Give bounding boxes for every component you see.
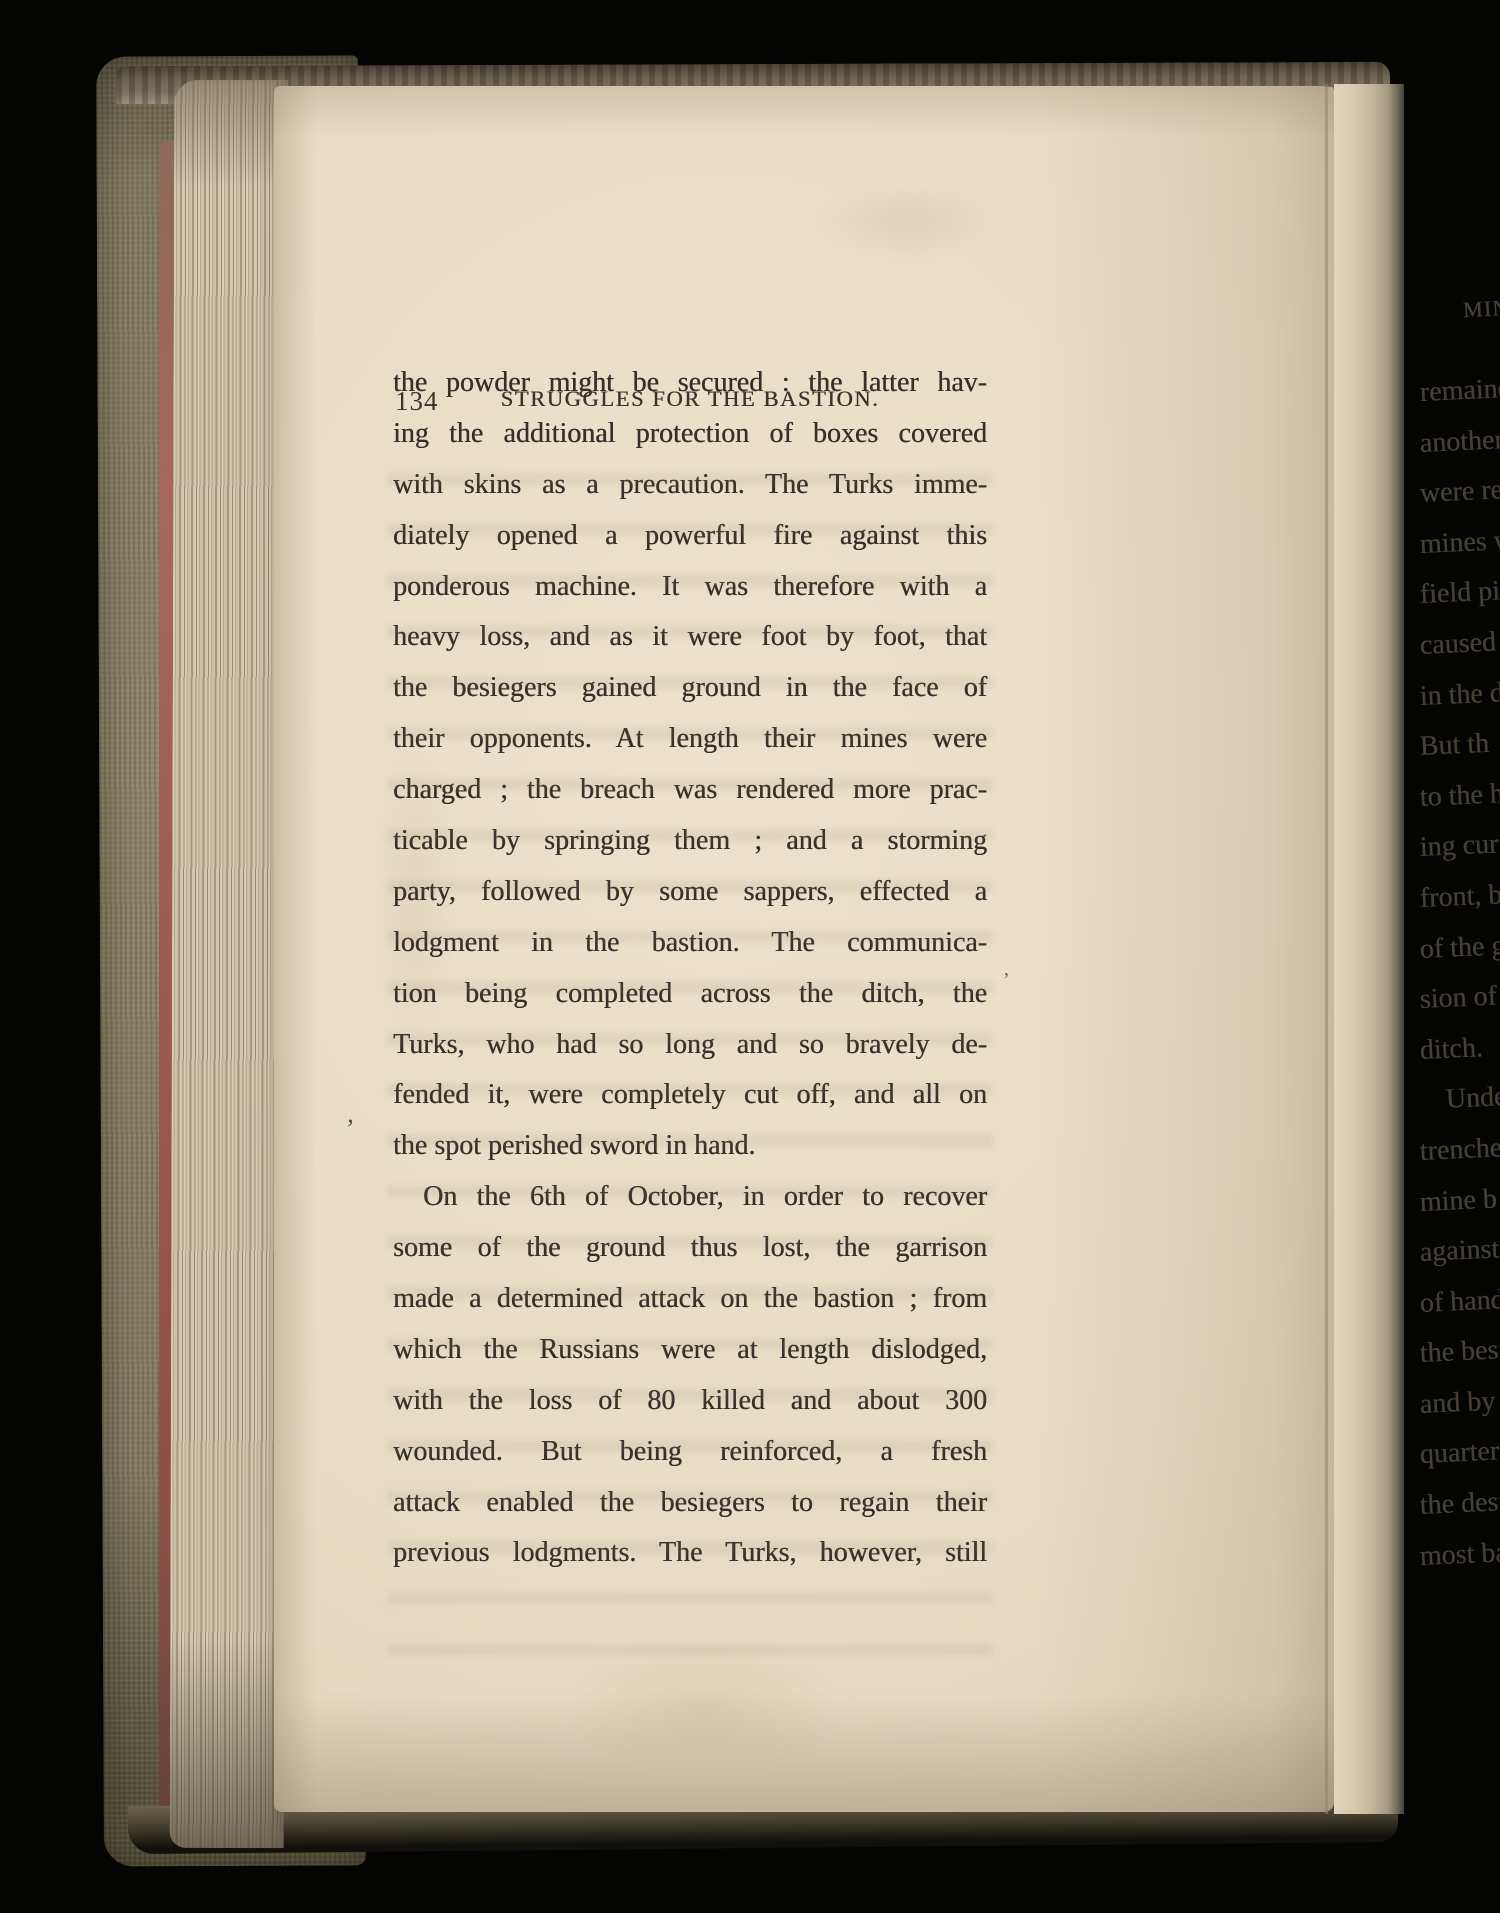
text-line: their opponents. At length their mines w… [393, 714, 987, 765]
page-stain [564, 1631, 844, 1781]
text-line: wounded. But being reinforced, a fresh [393, 1427, 987, 1478]
text-line: which the Russians were at length dislod… [393, 1325, 987, 1376]
book-scan-photo: 134 STRUGGLES FOR THE BASTION. the powde… [0, 0, 1500, 1913]
body-text-block: the powder might be secured : the latter… [393, 358, 987, 1579]
page-stain [814, 181, 1004, 261]
text-line: previous lodgments. The Turks, however, … [393, 1528, 987, 1579]
text-line: with skins as a precaution. The Turks im… [393, 460, 987, 511]
stray-ink-mark: ’ [346, 1114, 355, 1144]
left-page: 134 STRUGGLES FOR THE BASTION. the powde… [274, 86, 1334, 1812]
text-line: diately opened a powerful fire against t… [393, 511, 987, 562]
text-line: the besiegers gained ground in the face … [393, 663, 987, 714]
stray-ink-mark: , [1004, 958, 1009, 981]
text-line: remained [1419, 356, 1500, 418]
text-line: with the loss of 80 killed and about 300 [393, 1376, 987, 1427]
right-page-sliver: MIN remained another were rep mines w fi… [1404, 80, 1500, 1842]
text-line: ticable by springing them ; and a stormi… [393, 816, 987, 867]
right-text-block: remained another were rep mines w field … [1420, 368, 1500, 1582]
text-line: Turks, who had so long and so bravely de… [393, 1020, 987, 1071]
text-line: ponderous machine. It was therefore with… [393, 562, 987, 613]
gutter-fold [1334, 84, 1404, 1814]
text-line: attack enabled the besiegers to regain t… [393, 1478, 987, 1529]
fore-edge-page-stack [170, 80, 289, 1848]
right-running-header-partial: MIN [1462, 295, 1500, 323]
text-line: the powder might be secured : the latter… [393, 358, 987, 409]
text-line-paragraph-end: the spot perished sword in hand. [393, 1121, 987, 1172]
text-line: heavy loss, and as it were foot by foot,… [393, 612, 987, 663]
text-line: made a determined attack on the bastion … [393, 1274, 987, 1325]
text-line: some of the ground thus lost, the garris… [393, 1223, 987, 1274]
text-line: lodgment in the bastion. The communica- [393, 918, 987, 969]
text-line: charged ; the breach was rendered more p… [393, 765, 987, 816]
text-line: ing the additional protection of boxes c… [393, 409, 987, 460]
text-line: fended it, were completely cut off, and … [393, 1070, 987, 1121]
text-line-paragraph-start: On the 6th of October, in order to recov… [393, 1172, 987, 1223]
text-line: tion being completed across the ditch, t… [393, 969, 987, 1020]
text-line: party, followed by some sappers, effecte… [393, 867, 987, 918]
